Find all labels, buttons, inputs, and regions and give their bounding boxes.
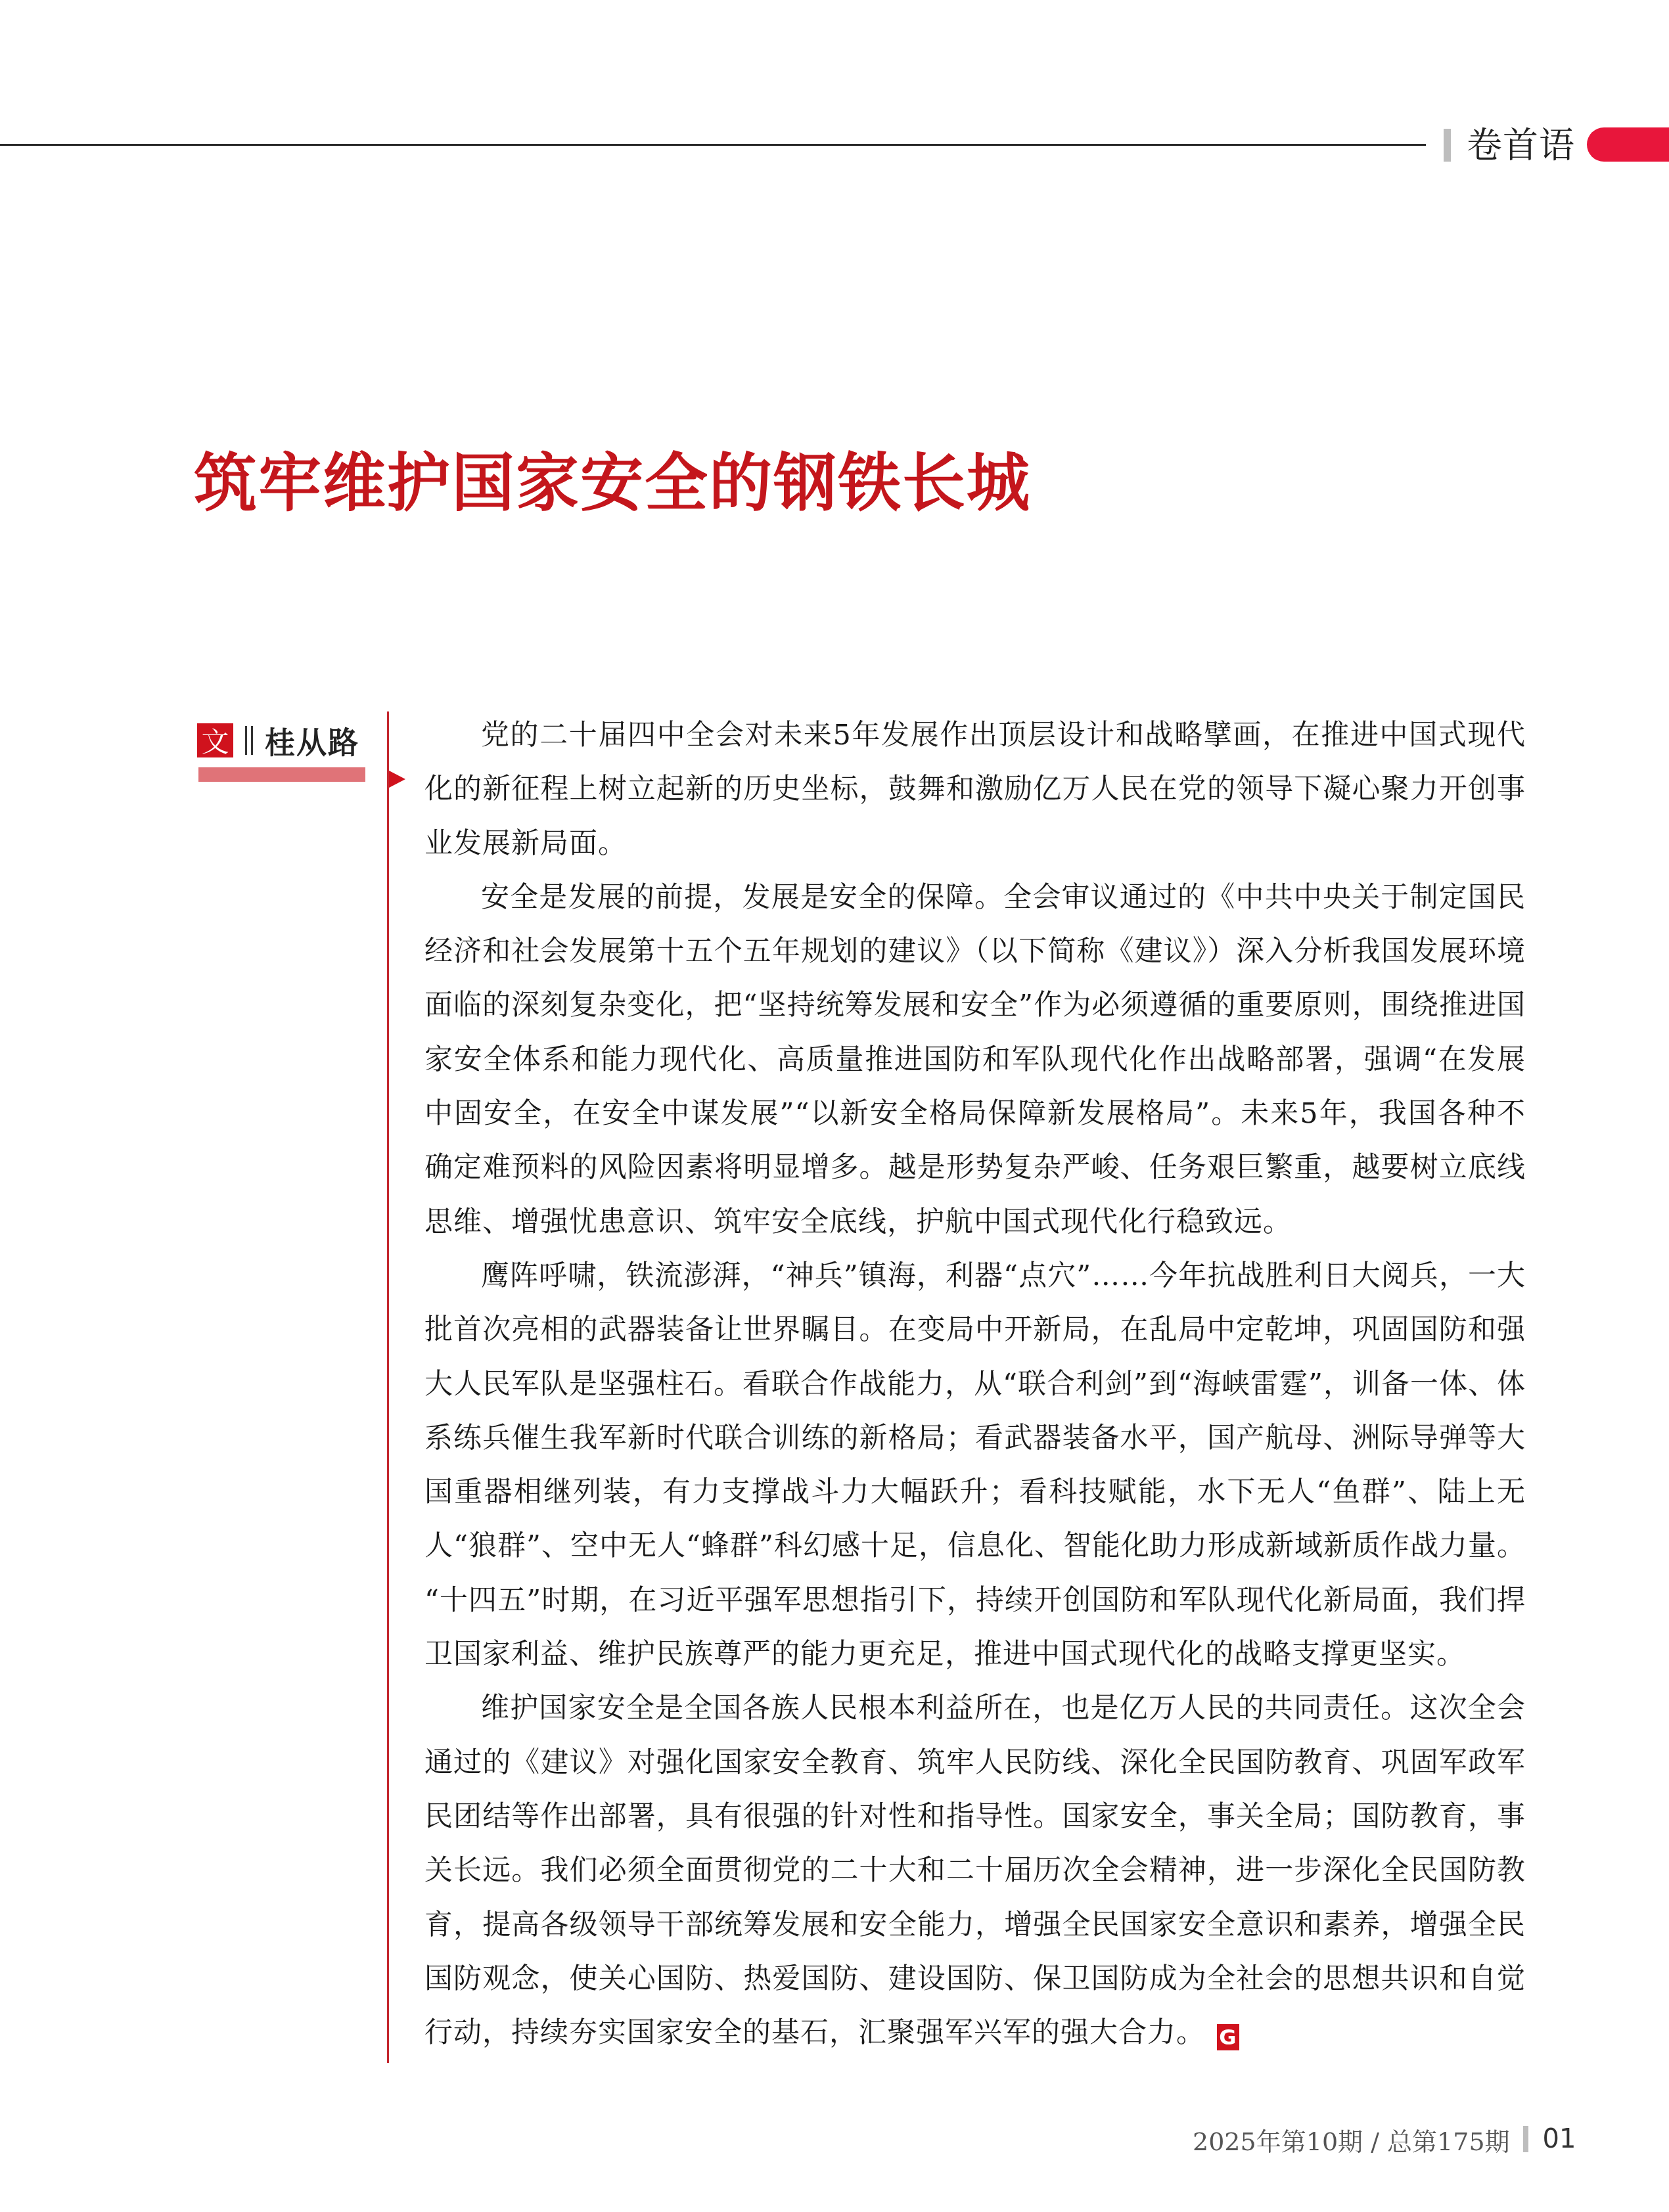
paragraph-last: 维护国家安全是全国各族人民根本利益所在，也是亿万人民的共同责任。这次全会通过的《…: [424, 1681, 1526, 2060]
header-rule: [0, 144, 1426, 146]
byline-separator: [245, 726, 253, 755]
paragraph: 维护国家安全是全国各族人民根本利益所在，也是亿万人民的共同责任。这次全会通过的《…: [424, 1692, 1526, 2049]
end-mark-icon: G: [1217, 2024, 1239, 2050]
article-body: 党的二十届四中全会对未来5年发展作出顶层设计和战略擘画，在推进中国式现代化的新征…: [424, 708, 1526, 2060]
article-title: 筑牢维护国家安全的钢铁长城: [194, 440, 1031, 526]
column-arrow-icon: [389, 771, 405, 788]
paragraph: “十四五”时期，在习近平强军思想指引下，持续开创国防和军队现代化新局面，我们捍卫…: [424, 1573, 1526, 1682]
paragraph: 党的二十届四中全会对未来5年发展作出顶层设计和战略擘画，在推进中国式现代化的新征…: [424, 708, 1526, 870]
author-name: 桂从路: [265, 719, 359, 762]
page-footer: 2025年第10期 / 总第175期 01: [1193, 2119, 1576, 2159]
header-divider: [1444, 129, 1451, 162]
section-label: 卷首语: [1467, 118, 1575, 173]
paragraph: 鹰阵呼啸，铁流澎湃，“神兵”镇海，利器“点穴”……今年抗战胜利日大阅兵，一大批首…: [424, 1249, 1526, 1573]
byline: 文 桂从路: [197, 723, 359, 758]
byline-underline-bar: [198, 767, 365, 782]
footer-divider: [1523, 2126, 1528, 2152]
issue-info: 2025年第10期 / 总第175期: [1193, 2121, 1510, 2157]
section-accent-pill: [1587, 127, 1669, 162]
page-number: 01: [1543, 2124, 1576, 2154]
column-rule: [387, 711, 389, 2063]
paragraph: 安全是发展的前提，发展是安全的保障。全会审议通过的《中共中央关于制定国民经济和社…: [424, 870, 1526, 1249]
byline-badge: 文: [197, 723, 233, 757]
